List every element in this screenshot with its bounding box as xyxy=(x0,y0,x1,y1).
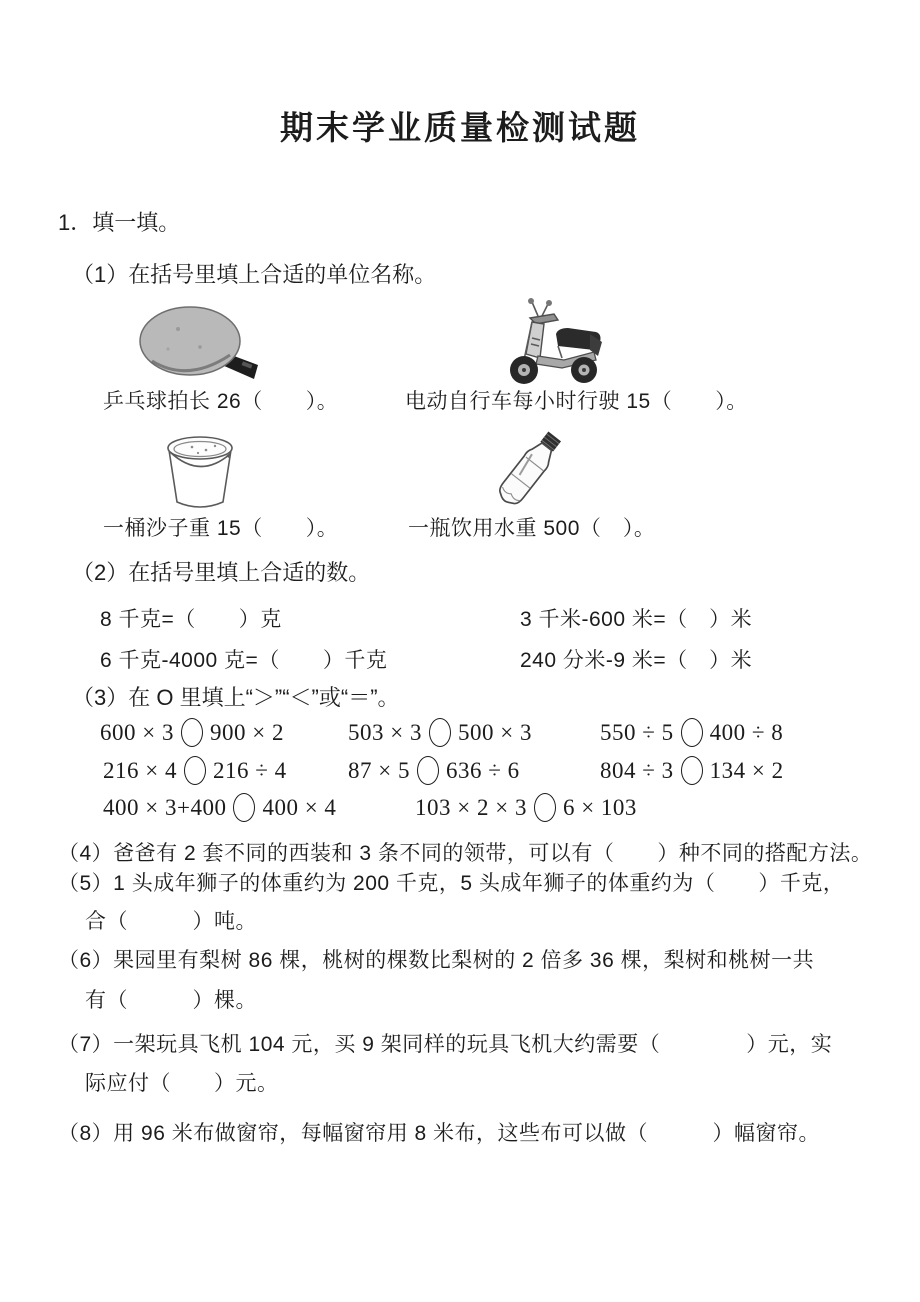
caption-paddle: 乒乓球拍长 26（ ）。 xyxy=(103,385,338,415)
part5-line2: 合（ ）吨。 xyxy=(85,905,257,935)
caption-bucket: 一桶沙子重 15（ ）。 xyxy=(103,512,338,542)
left-expression: 550 ÷ 5 xyxy=(600,720,674,746)
fill-number-item: 3 千米-600 米=（ ）米 xyxy=(520,603,752,633)
part2-label: （2）在括号里填上合适的数。 xyxy=(72,556,370,587)
right-expression: 400 × 4 xyxy=(262,795,336,821)
part6-line1: （6）果园里有梨树 86 棵，桃树的棵数比梨树的 2 倍多 36 棵，梨树和桃树… xyxy=(58,944,814,974)
part1-label: （1）在括号里填上合适的单位名称。 xyxy=(72,258,436,289)
ping-pong-paddle-icon xyxy=(138,303,264,387)
answer-circle[interactable] xyxy=(184,756,206,785)
answer-circle[interactable] xyxy=(534,793,556,822)
caption-bottle: 一瓶饮用水重 500（ ）。 xyxy=(408,512,655,542)
comparison-item: 87 × 5636 ÷ 6 xyxy=(348,756,520,785)
comparison-item: 503 × 3500 × 3 xyxy=(348,718,532,747)
right-expression: 6 × 103 xyxy=(563,795,637,821)
page-title: 期末学业质量检测试题 xyxy=(0,102,920,149)
right-expression: 400 ÷ 8 xyxy=(710,720,784,746)
part6-line2: 有（ ）棵。 xyxy=(85,984,257,1014)
left-expression: 103 × 2 × 3 xyxy=(415,795,527,821)
answer-circle[interactable] xyxy=(233,793,255,822)
part8-text: （8）用 96 米布做窗帘，每幅窗帘用 8 米布，这些布可以做（ ）幅窗帘。 xyxy=(58,1117,820,1147)
water-bottle-image xyxy=(487,424,577,525)
comparison-item: 550 ÷ 5400 ÷ 8 xyxy=(600,718,783,747)
sand-bucket-image xyxy=(158,428,246,523)
left-expression: 804 ÷ 3 xyxy=(600,758,674,784)
answer-circle[interactable] xyxy=(417,756,439,785)
part3-label: （3）在 O 里填上“＞”“＜”或“＝”。 xyxy=(72,681,400,712)
fill-number-item: 6 千克-4000 克=（ ）千克 xyxy=(100,644,387,674)
comparison-item: 103 × 2 × 36 × 103 xyxy=(415,793,637,822)
right-expression: 636 ÷ 6 xyxy=(446,758,520,784)
answer-circle[interactable] xyxy=(681,718,703,747)
left-expression: 400 × 3+400 xyxy=(103,795,226,821)
right-expression: 900 × 2 xyxy=(210,720,284,746)
right-expression: 500 × 3 xyxy=(458,720,532,746)
exam-paper: 期末学业质量检测试题 1．填一填。 （1）在括号里填上合适的单位名称。 xyxy=(0,0,920,1302)
fill-number-item: 240 分米-9 米=（ ）米 xyxy=(520,644,752,674)
electric-scooter-image xyxy=(502,294,608,393)
answer-circle[interactable] xyxy=(681,756,703,785)
answer-circle[interactable] xyxy=(429,718,451,747)
caption-scooter: 电动自行车每小时行驶 15（ ）。 xyxy=(405,385,748,415)
part5-line1: （5）1 头成年狮子的体重约为 200 千克，5 头成年狮子的体重约为（ ）千克… xyxy=(58,867,844,897)
sand-bucket-icon xyxy=(158,428,246,518)
part4-text: （4）爸爸有 2 套不同的西装和 3 条不同的领带，可以有（ ）种不同的搭配方法… xyxy=(58,837,872,867)
left-expression: 216 × 4 xyxy=(103,758,177,784)
left-expression: 503 × 3 xyxy=(348,720,422,746)
electric-scooter-icon xyxy=(502,294,608,388)
comparison-item: 400 × 3+400400 × 4 xyxy=(103,793,336,822)
right-expression: 134 × 2 xyxy=(710,758,784,784)
answer-circle[interactable] xyxy=(181,718,203,747)
part7-line2: 际应付（ ）元。 xyxy=(85,1067,279,1097)
part7-line1: （7）一架玩具飞机 104 元，买 9 架同样的玩具飞机大约需要（ ）元，实 xyxy=(58,1028,832,1058)
comparison-item: 804 ÷ 3134 × 2 xyxy=(600,756,784,785)
fill-number-item: 8 千克=（ ）克 xyxy=(100,603,282,633)
right-expression: 216 ÷ 4 xyxy=(213,758,287,784)
left-expression: 600 × 3 xyxy=(100,720,174,746)
left-expression: 87 × 5 xyxy=(348,758,410,784)
comparison-item: 600 × 3900 × 2 xyxy=(100,718,284,747)
water-bottle-icon xyxy=(487,424,577,520)
question-1-heading: 1．填一填。 xyxy=(58,206,180,237)
ping-pong-paddle-image xyxy=(138,303,264,392)
comparison-item: 216 × 4216 ÷ 4 xyxy=(103,756,287,785)
